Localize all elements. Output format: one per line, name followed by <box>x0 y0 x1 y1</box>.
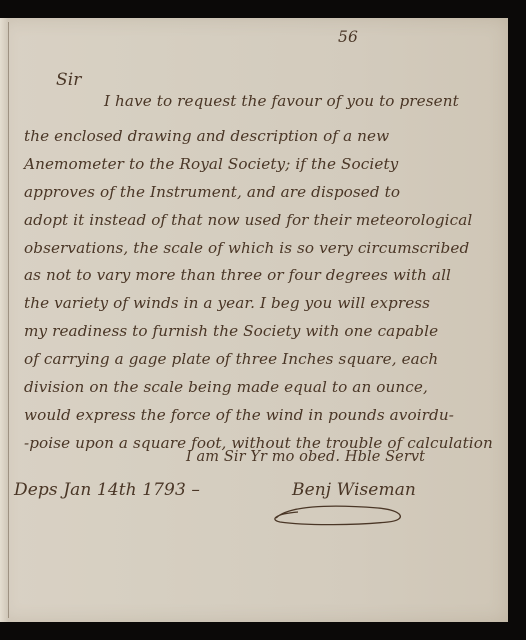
body-line-2: the enclosed drawing and description of … <box>24 127 389 145</box>
folio-number: 56 <box>338 28 358 46</box>
body-line-4: approves of the Instrument, and are disp… <box>24 183 400 201</box>
body-line-5: adopt it instead of that now used for th… <box>24 211 472 229</box>
date-line: Deps Jan 14th 1793 – <box>14 480 200 500</box>
body-line-3: Anemometer to the Royal Society; if the … <box>24 155 398 173</box>
signature-flourish-icon <box>268 500 418 530</box>
body-line-6: observations, the scale of which is so v… <box>24 239 469 257</box>
closing-line: I am Sir Yr mo obed. Hble Servt <box>186 449 425 465</box>
body-line-11: division on the scale being made equal t… <box>24 378 428 396</box>
salutation: Sir <box>56 70 82 90</box>
body-line-12: would express the force of the wind in p… <box>24 406 454 424</box>
body-line-10: of carrying a gage plate of three Inches… <box>24 350 438 368</box>
body-line-8: the variety of winds in a year. I beg yo… <box>24 294 430 312</box>
body-line-7: as not to vary more than three or four d… <box>24 266 451 284</box>
body-line-9: my readiness to furnish the Society with… <box>24 322 438 340</box>
signature: Benj Wiseman <box>292 480 416 500</box>
body-line-1: I have to request the favour of you to p… <box>104 92 459 110</box>
